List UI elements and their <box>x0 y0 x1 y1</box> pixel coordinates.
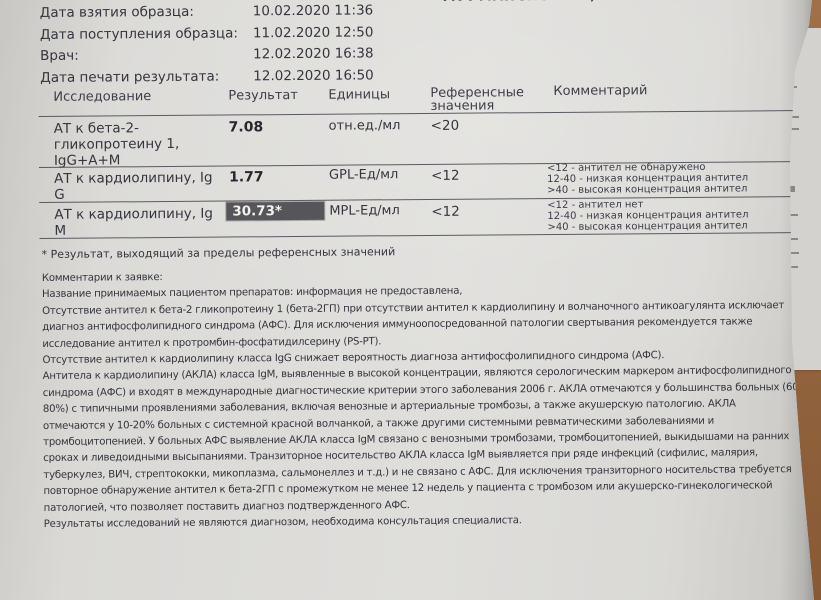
test-reference: <12 <box>431 204 460 220</box>
paper-sheet: МУРМАНСКОЕ Ш., 1 Дата взятия образца: 10… <box>0 0 821 600</box>
report-content: МУРМАНСКОЕ Ш., 1 Дата взятия образца: 10… <box>0 0 821 600</box>
test-units: GPL-Ед/мл <box>329 167 398 183</box>
test-result: 1.77 <box>229 169 264 185</box>
date-value: 10.02.2020 11:36 <box>253 2 374 19</box>
test-name-line: M <box>54 223 66 239</box>
date-label: Дата печати результата: <box>40 69 219 86</box>
date-label: Дата взятия образца: <box>40 4 194 21</box>
clinic-address-fragment: МУРМАНСКОЕ Ш., 1 <box>443 0 613 5</box>
test-comment-line: >40 - высокая концентрация антител <box>547 183 747 196</box>
test-units: MPL-Ед/мл <box>329 203 400 219</box>
test-name-line: АТ к кардиолипину, Ig <box>54 170 213 187</box>
paper-fragment-mark <box>790 266 798 268</box>
date-value: 12.02.2020 16:50 <box>253 67 374 84</box>
column-header-comment: Комментарий <box>553 83 647 99</box>
row-separator <box>40 232 802 239</box>
photo-background: МУРМАНСКОЕ Ш., 1 Дата взятия образца: 10… <box>0 0 821 600</box>
paper-fragment-mark <box>791 128 799 130</box>
result-highlight: 30.73* <box>226 202 324 221</box>
out-of-range-footnote: * Результат, выходящий за пределы рефере… <box>42 245 396 261</box>
column-header-result: Результат <box>228 88 298 104</box>
test-reference: <12 <box>431 168 460 184</box>
column-header-reference: Референсные значения <box>430 86 530 113</box>
test-units: отн.ед./мл <box>329 118 401 134</box>
test-comment-line: <12 - антител нет <box>547 199 643 211</box>
paper-fragment-mark <box>790 186 795 192</box>
test-comment-line: >40 - высокая концентрация антител <box>547 220 747 233</box>
test-name-line: АТ к кардиолипину, Ig <box>54 206 213 223</box>
header-underline <box>39 110 801 117</box>
date-value: 11.02.2020 12:50 <box>253 24 374 41</box>
test-reference: <20 <box>431 118 460 134</box>
column-header-units: Единицы <box>328 87 390 102</box>
test-name-line: гликопротеину 1, <box>54 136 180 153</box>
date-value: 12.02.2020 16:38 <box>253 45 374 62</box>
date-label: Врач: <box>40 48 79 64</box>
date-label: Дата поступления образца: <box>40 25 238 43</box>
test-result: 7.08 <box>229 119 264 135</box>
paper-fragment-mark <box>790 238 798 240</box>
test-name-line: АТ к бета-2- <box>54 120 139 137</box>
column-header-study: Исследование <box>53 89 151 105</box>
test-name-line: G <box>54 187 65 203</box>
row-separator <box>39 196 801 203</box>
request-comments: Комментарии к заявке: Название принимаем… <box>42 265 792 533</box>
